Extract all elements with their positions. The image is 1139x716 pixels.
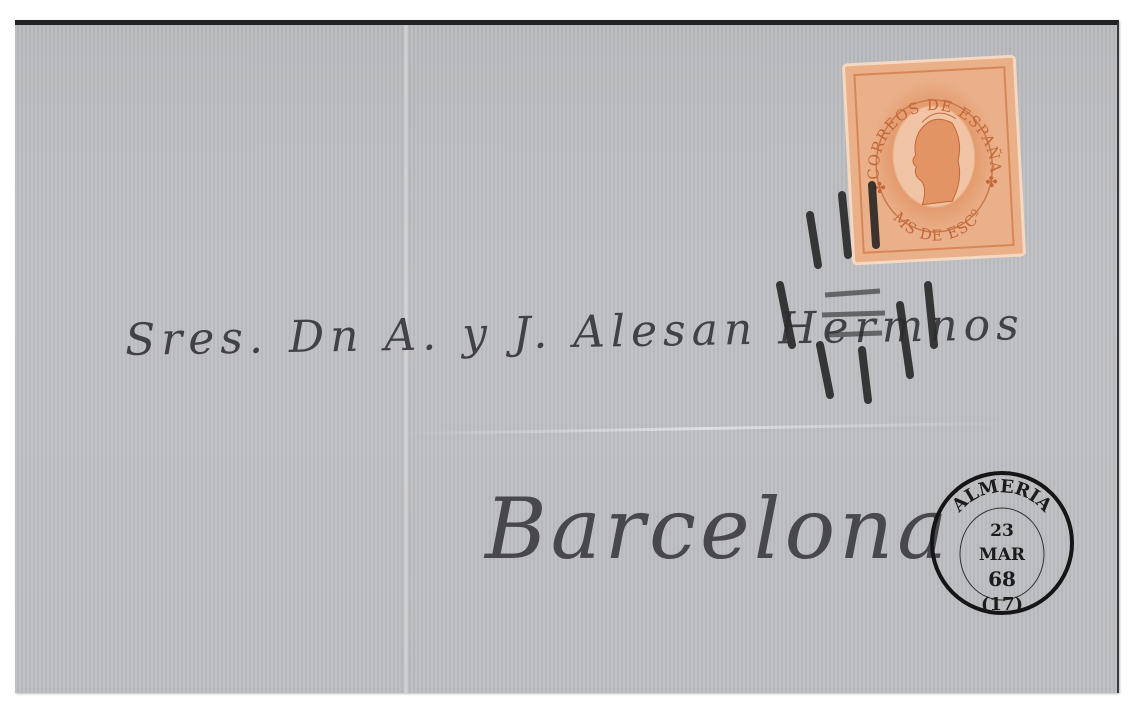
postmark-year: 68 bbox=[988, 567, 1016, 591]
grid-cancellation bbox=[750, 175, 965, 410]
postmark-code: (17) bbox=[981, 594, 1023, 615]
address-city: Barcelona bbox=[485, 480, 951, 578]
postmark-month: MAR bbox=[979, 545, 1026, 565]
paper-crease bbox=[395, 422, 1015, 436]
postal-cover: CORREOS DE ESPAÑA MS DE ESCº ✤ ✤ Sr bbox=[15, 20, 1119, 693]
almeria-postmark: ALMERIA 23 MAR 68 (17) bbox=[927, 468, 1077, 618]
postmark-day: 23 bbox=[990, 521, 1014, 541]
stamp-ornament-right: ✤ bbox=[985, 173, 1000, 192]
